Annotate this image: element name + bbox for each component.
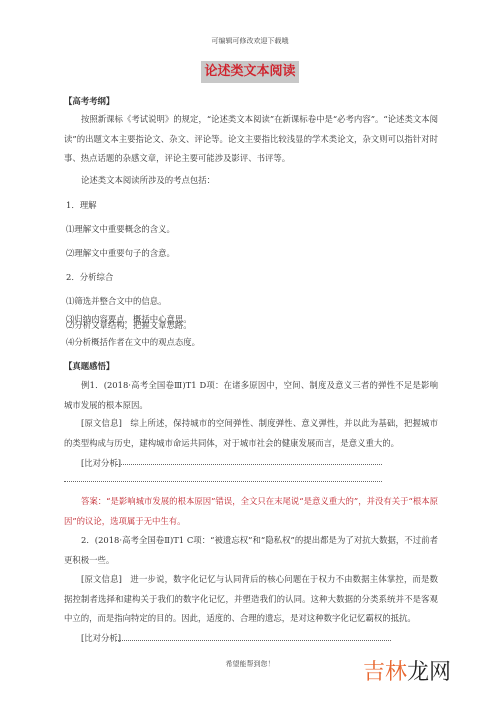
point-2-label: 2．分析综合 [66, 271, 113, 283]
site-watermark: 吉林龙网 [363, 655, 451, 686]
example-1-question: 例1．(2018·高考全国卷Ⅲ)T1 D项：在诸多原因中，空间、制度及意义三者的… [64, 376, 438, 415]
example-2-source-label: [原文信息] [81, 574, 122, 584]
example-1-source-label: [原文信息] [81, 418, 122, 428]
example-2-compare-dots [116, 640, 391, 641]
example-1-compare-dots-1 [116, 464, 382, 465]
page-title: 论述类文本阅读 [201, 61, 298, 83]
outline-heading: 【高考考纲】 [64, 95, 114, 107]
example-2-source: [原文信息] 进一步说，数字化记忆与认同背后的核心问题在于权力不由数据主体掌控，… [64, 570, 438, 629]
point-1-label: 1．理解 [66, 199, 96, 211]
points-intro: 论述类文本阅读所涉及的考点包括： [81, 174, 215, 186]
header-note: 可编辑可修改欢迎下载哦 [0, 36, 500, 46]
point-2-item-1: ⑴筛选并整合文中的信息。 [66, 295, 167, 307]
point-1-item-2: ⑵理解文中重要句子的含意。 [66, 247, 175, 259]
point-2-item-4: ⑷分析概括作者在文中的观点态度。 [66, 336, 200, 348]
title-wrap: 论述类文本阅读 [0, 60, 500, 83]
watermark-part-1: 吉林 [363, 660, 407, 685]
example-2-question: 2．(2018·高考全国卷Ⅱ)T1 C项：“被遗忘权”和“隐私权”的提出都是为了… [64, 531, 438, 570]
example-1-compare-dots-2 [64, 481, 382, 482]
intro-paragraph: 按照新课标《考试说明》的规定，“论述类文本阅读”在新课标卷中是“必考内容”。“论… [64, 110, 438, 169]
example-1-source: [原文信息] 综上所述，保持城市的空间弹性、制度弹性、意义弹性，并以此为基础，把… [64, 414, 438, 453]
watermark-part-2: 龙网 [407, 660, 451, 685]
point-2-item-3-visible: ⑶归纳内容要点，概括中心意思。 [66, 313, 192, 325]
example-1-answer: 答案：“是影响城市发展的根本原因”错误，全文只在末尾说“是意义重大的”，并没有关… [64, 492, 438, 531]
point-1-item-1: ⑴理解文中重要概念的含义。 [66, 223, 175, 235]
real-questions-heading: 【真题感悟】 [64, 360, 114, 372]
example-2-compare-label: [比对分析] [81, 632, 121, 644]
example-1-compare-label: [比对分析] [81, 457, 121, 469]
